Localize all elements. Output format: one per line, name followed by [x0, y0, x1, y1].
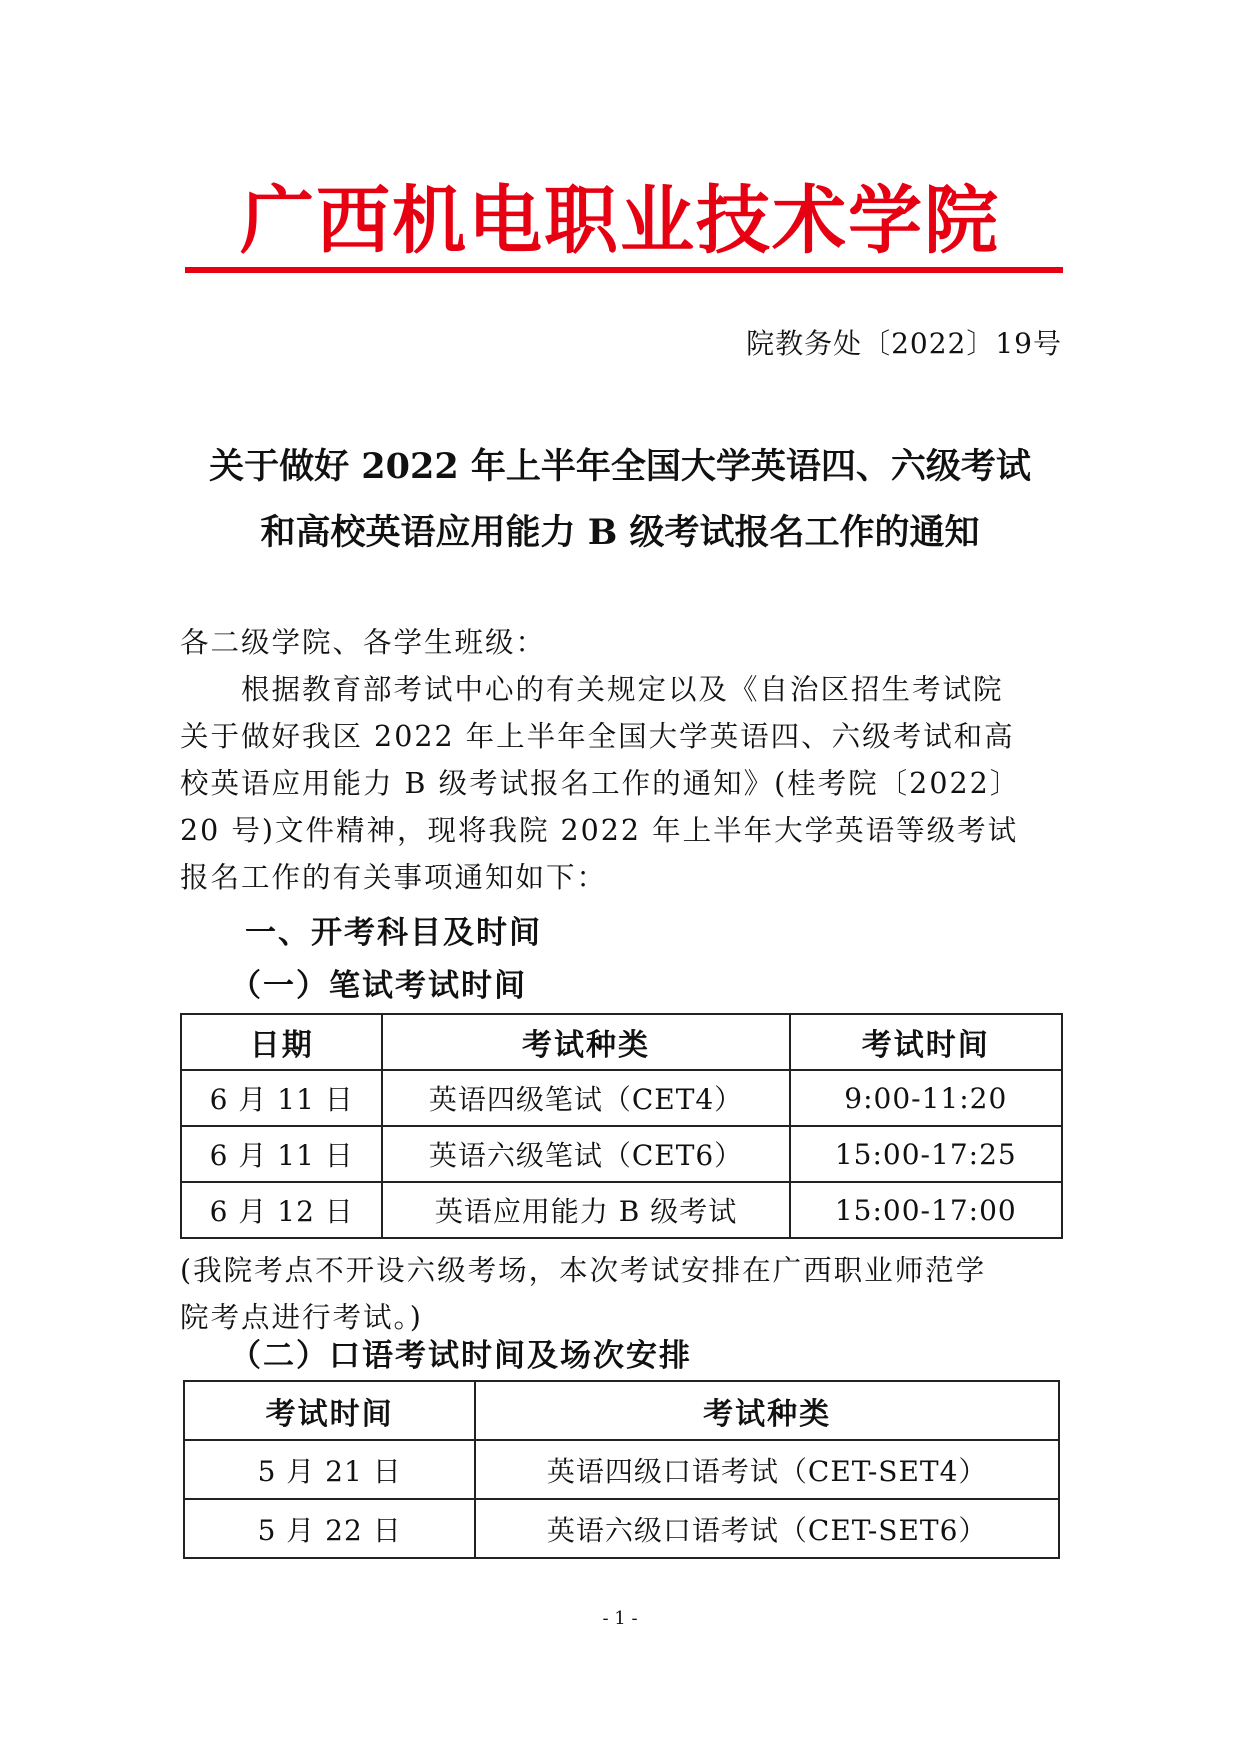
cell-exam-time: 15:00-17:00 [790, 1182, 1062, 1238]
cell-exam-time: 9:00-11:20 [790, 1070, 1062, 1126]
cell-exam-date: 5 月 22 日 [184, 1499, 475, 1558]
table-header-row: 考试时间 考试种类 [184, 1381, 1059, 1440]
exam-venue-note: (我院考点不开设六级考场，本次考试安排在广西职业师范学 [180, 1251, 986, 1291]
document-title-line-1: 关于做好 2022 年上半年全国大学英语四、六级考试 [0, 434, 1240, 500]
intro-line: 20 号)文件精神，现将我院 2022 年上半年大学英语等级考试 [180, 811, 1018, 851]
document-number: 院教务处〔2022〕19号 [746, 322, 1062, 362]
cell-exam-type: 英语应用能力 B 级考试 [382, 1182, 789, 1238]
table-header-row: 日期 考试种类 考试时间 [181, 1014, 1062, 1070]
column-header-exam-time: 考试时间 [184, 1381, 475, 1440]
table-row: 5 月 21 日 英语四级口语考试（CET-SET4） [184, 1440, 1059, 1499]
written-exam-schedule-table: 日期 考试种类 考试时间 6 月 11 日 英语四级笔试（CET4） 9:00-… [180, 1013, 1063, 1239]
cell-exam-type: 英语四级笔试（CET4） [382, 1070, 789, 1126]
cell-exam-type: 英语四级口语考试（CET-SET4） [475, 1440, 1059, 1499]
table-row: 6 月 12 日 英语应用能力 B 级考试 15:00-17:00 [181, 1182, 1062, 1238]
intro-line: 报名工作的有关事项通知如下： [180, 858, 607, 898]
table-row: 5 月 22 日 英语六级口语考试（CET-SET6） [184, 1499, 1059, 1558]
cell-exam-type: 英语六级笔试（CET6） [382, 1126, 789, 1182]
cell-date: 6 月 12 日 [181, 1182, 382, 1238]
subsection-heading-written-exam: （一）笔试考试时间 [230, 966, 527, 1006]
cell-date: 6 月 11 日 [181, 1070, 382, 1126]
exam-venue-note: 院考点进行考试。) [180, 1298, 423, 1338]
subsection-heading-oral-exam: （二）口语考试时间及场次安排 [230, 1336, 692, 1376]
intro-line: 校英语应用能力 B 级考试报名工作的通知》(桂考院〔2022〕 [180, 764, 1020, 804]
cell-exam-time: 15:00-17:25 [790, 1126, 1062, 1182]
intro-line: 关于做好我区 2022 年上半年全国大学英语四、六级考试和高 [180, 717, 1015, 757]
column-header-exam-type: 考试种类 [382, 1014, 789, 1070]
column-header-date: 日期 [181, 1014, 382, 1070]
column-header-exam-time: 考试时间 [790, 1014, 1062, 1070]
section-heading-subjects-and-time: 一、开考科目及时间 [245, 913, 542, 953]
column-header-exam-type: 考试种类 [475, 1381, 1059, 1440]
oral-exam-schedule-table: 考试时间 考试种类 5 月 21 日 英语四级口语考试（CET-SET4） 5 … [183, 1380, 1060, 1559]
document-title-line-2: 和高校英语应用能力 B 级考试报名工作的通知 [0, 500, 1240, 566]
letterhead-red-rule [185, 267, 1063, 273]
cell-exam-date: 5 月 21 日 [184, 1440, 475, 1499]
cell-exam-type: 英语六级口语考试（CET-SET6） [475, 1499, 1059, 1558]
institution-letterhead: 广西机电职业技术学院 [0, 176, 1240, 266]
table-row: 6 月 11 日 英语六级笔试（CET6） 15:00-17:25 [181, 1126, 1062, 1182]
table-row: 6 月 11 日 英语四级笔试（CET4） 9:00-11:20 [181, 1070, 1062, 1126]
cell-date: 6 月 11 日 [181, 1126, 382, 1182]
salutation: 各二级学院、各学生班级： [180, 623, 546, 663]
page-number: - 1 - [0, 1608, 1240, 1629]
intro-line: 根据教育部考试中心的有关规定以及《自治区招生考试院 [180, 670, 1004, 710]
